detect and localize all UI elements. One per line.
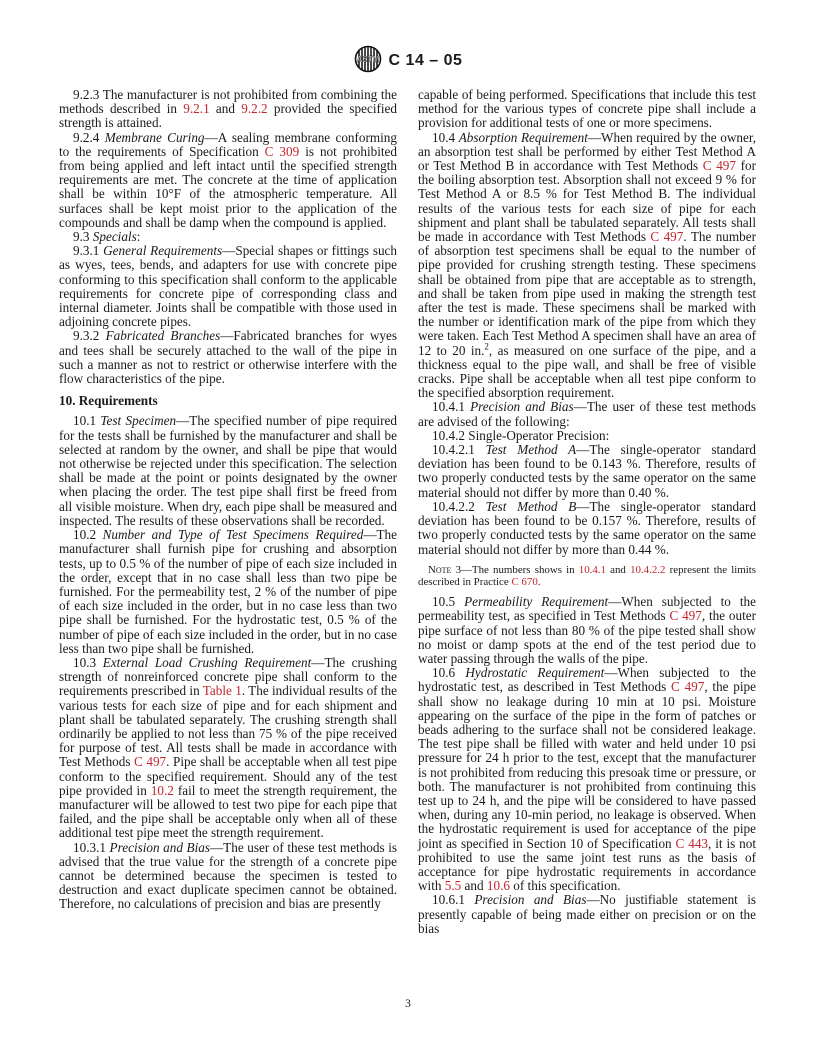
- text-segment: 10.4.1: [432, 399, 470, 414]
- right-column: capable of being performed. Specificatio…: [418, 88, 756, 936]
- cross-reference-link[interactable]: C 443: [676, 836, 708, 851]
- cross-reference-link[interactable]: 10.4.1: [579, 564, 606, 576]
- text-segment: Membrane Curing: [105, 130, 205, 145]
- text-segment: , the pipe shall show no leakage during …: [418, 679, 756, 850]
- document-header: ASTM C 14 – 05: [0, 46, 816, 76]
- text-segment: 10.5: [432, 594, 464, 609]
- text-segment: —The manufacturer shall furnish pipe for…: [59, 527, 397, 656]
- text-segment: 10.1: [73, 413, 100, 428]
- text-segment: 3—The numbers shows in: [451, 564, 578, 576]
- paragraph: 10.3.1 Precision and Bias—The user of th…: [59, 841, 397, 912]
- page-number: 3: [405, 998, 411, 1010]
- paragraph: 10.4 Absorption Requirement—When require…: [418, 131, 756, 401]
- text-segment: Absorption Requirement: [459, 130, 588, 145]
- svg-text:ASTM: ASTM: [356, 55, 379, 64]
- text-segment: 10.4.2.1: [432, 442, 486, 457]
- section-heading: 10. Requirements: [59, 394, 397, 408]
- cross-reference-link[interactable]: C 497: [669, 608, 701, 623]
- cross-reference-link[interactable]: C 309: [265, 144, 300, 159]
- paragraph: capable of being performed. Specificatio…: [418, 88, 756, 131]
- paragraph: 9.3.1 General Requirements—Special shape…: [59, 244, 397, 329]
- note-paragraph: Note 3—The numbers shows in 10.4.1 and 1…: [418, 564, 756, 588]
- paragraph: 10.6.1 Precision and Bias—No justifiable…: [418, 893, 756, 936]
- left-column: 9.2.3 The manufacturer is not prohibited…: [59, 88, 397, 936]
- paragraph: 10.2 Number and Type of Test Specimens R…: [59, 528, 397, 656]
- cross-reference-link[interactable]: C 497: [134, 754, 166, 769]
- text-segment: Test Specimen: [100, 413, 176, 428]
- two-column-body: 9.2.3 The manufacturer is not prohibited…: [59, 88, 757, 936]
- text-segment: External Load Crushing Requirement: [103, 655, 312, 670]
- paragraph: 10.4.2.1 Test Method A—The single-operat…: [418, 443, 756, 500]
- text-segment: . The number of absorption test specimen…: [418, 229, 756, 358]
- text-segment: 10.2: [73, 527, 103, 542]
- cross-reference-link[interactable]: C 497: [671, 679, 704, 694]
- text-segment: Number and Type of Test Specimens Requir…: [103, 527, 364, 542]
- cross-reference-link[interactable]: 10.4.2.2: [630, 564, 665, 576]
- text-segment: Permeability Requirement: [464, 594, 608, 609]
- paragraph: 10.3 External Load Crushing Requirement—…: [59, 656, 397, 841]
- cross-reference-link[interactable]: 9.2.1: [183, 101, 209, 116]
- paragraph: 10.5 Permeability Requirement—When subje…: [418, 595, 756, 666]
- text-segment: 10.4.2.2: [432, 499, 486, 514]
- text-segment: :: [137, 229, 141, 244]
- cross-reference-link[interactable]: 10.6: [487, 878, 510, 893]
- text-segment: capable of being performed. Specificatio…: [418, 87, 756, 130]
- paragraph: 10.4.1 Precision and Bias—The user of th…: [418, 400, 756, 428]
- text-segment: 9.3: [73, 229, 93, 244]
- document-page: ASTM C 14 – 05 9.2.3 The manufacturer is…: [0, 0, 816, 1056]
- text-segment: 10.4: [432, 130, 459, 145]
- text-segment: 9.3.1: [73, 243, 103, 258]
- page-footer: 3: [0, 998, 816, 1010]
- text-segment: and: [461, 878, 487, 893]
- paragraph: 9.3 Specials:: [59, 230, 397, 244]
- text-segment: 10. Requirements: [59, 393, 158, 408]
- text-segment: 9.3.2: [73, 328, 106, 343]
- text-segment: Fabricated Branches: [106, 328, 221, 343]
- paragraph: 9.3.2 Fabricated Branches—Fabricated bra…: [59, 329, 397, 386]
- text-segment: and: [606, 564, 630, 576]
- cross-reference-link[interactable]: 9.2.2: [241, 101, 267, 116]
- text-segment: General Requirements: [103, 243, 222, 258]
- paragraph: 10.1 Test Specimen—The specified number …: [59, 414, 397, 528]
- text-segment: Hydrostatic Requirement: [465, 665, 604, 680]
- text-segment: and: [210, 101, 242, 116]
- document-code: C 14 – 05: [389, 52, 463, 70]
- text-segment: 10.3: [73, 655, 103, 670]
- text-segment: 9.2.4: [73, 130, 105, 145]
- paragraph: 10.4.2.2 Test Method B—The single-operat…: [418, 500, 756, 557]
- paragraph: 10.4.2 Single-Operator Precision:: [418, 429, 756, 443]
- text-segment: Note: [428, 564, 451, 576]
- text-segment: 10.6: [432, 665, 465, 680]
- text-segment: Test Method A: [486, 442, 577, 457]
- text-segment: 10.6.1: [432, 892, 474, 907]
- paragraph: 10.6 Hydrostatic Requirement—When subjec…: [418, 666, 756, 893]
- text-segment: Test Method B: [486, 499, 577, 514]
- paragraph: 9.2.3 The manufacturer is not prohibited…: [59, 88, 397, 131]
- text-segment: Precision and Bias: [474, 892, 586, 907]
- cross-reference-link[interactable]: C 670: [511, 576, 537, 588]
- cross-reference-link[interactable]: C 497: [703, 158, 736, 173]
- paragraph: 9.2.4 Membrane Curing—A sealing membrane…: [59, 131, 397, 230]
- text-segment: Precision and Bias: [470, 399, 574, 414]
- cross-reference-link[interactable]: 10.2: [151, 783, 174, 798]
- text-segment: Precision and Bias: [110, 840, 210, 855]
- text-segment: of this specification.: [510, 878, 621, 893]
- text-segment: 10.4.2 Single-Operator Precision:: [432, 428, 609, 443]
- text-segment: 10.3.1: [73, 840, 110, 855]
- cross-reference-link[interactable]: C 497: [650, 229, 683, 244]
- cross-reference-link[interactable]: Table 1: [203, 683, 242, 698]
- text-segment: —The specified number of pipe required f…: [59, 413, 397, 527]
- text-segment: Specials: [93, 229, 137, 244]
- astm-logo-icon: ASTM: [354, 45, 382, 78]
- cross-reference-link[interactable]: 5.5: [445, 878, 461, 893]
- text-segment: .: [538, 576, 541, 588]
